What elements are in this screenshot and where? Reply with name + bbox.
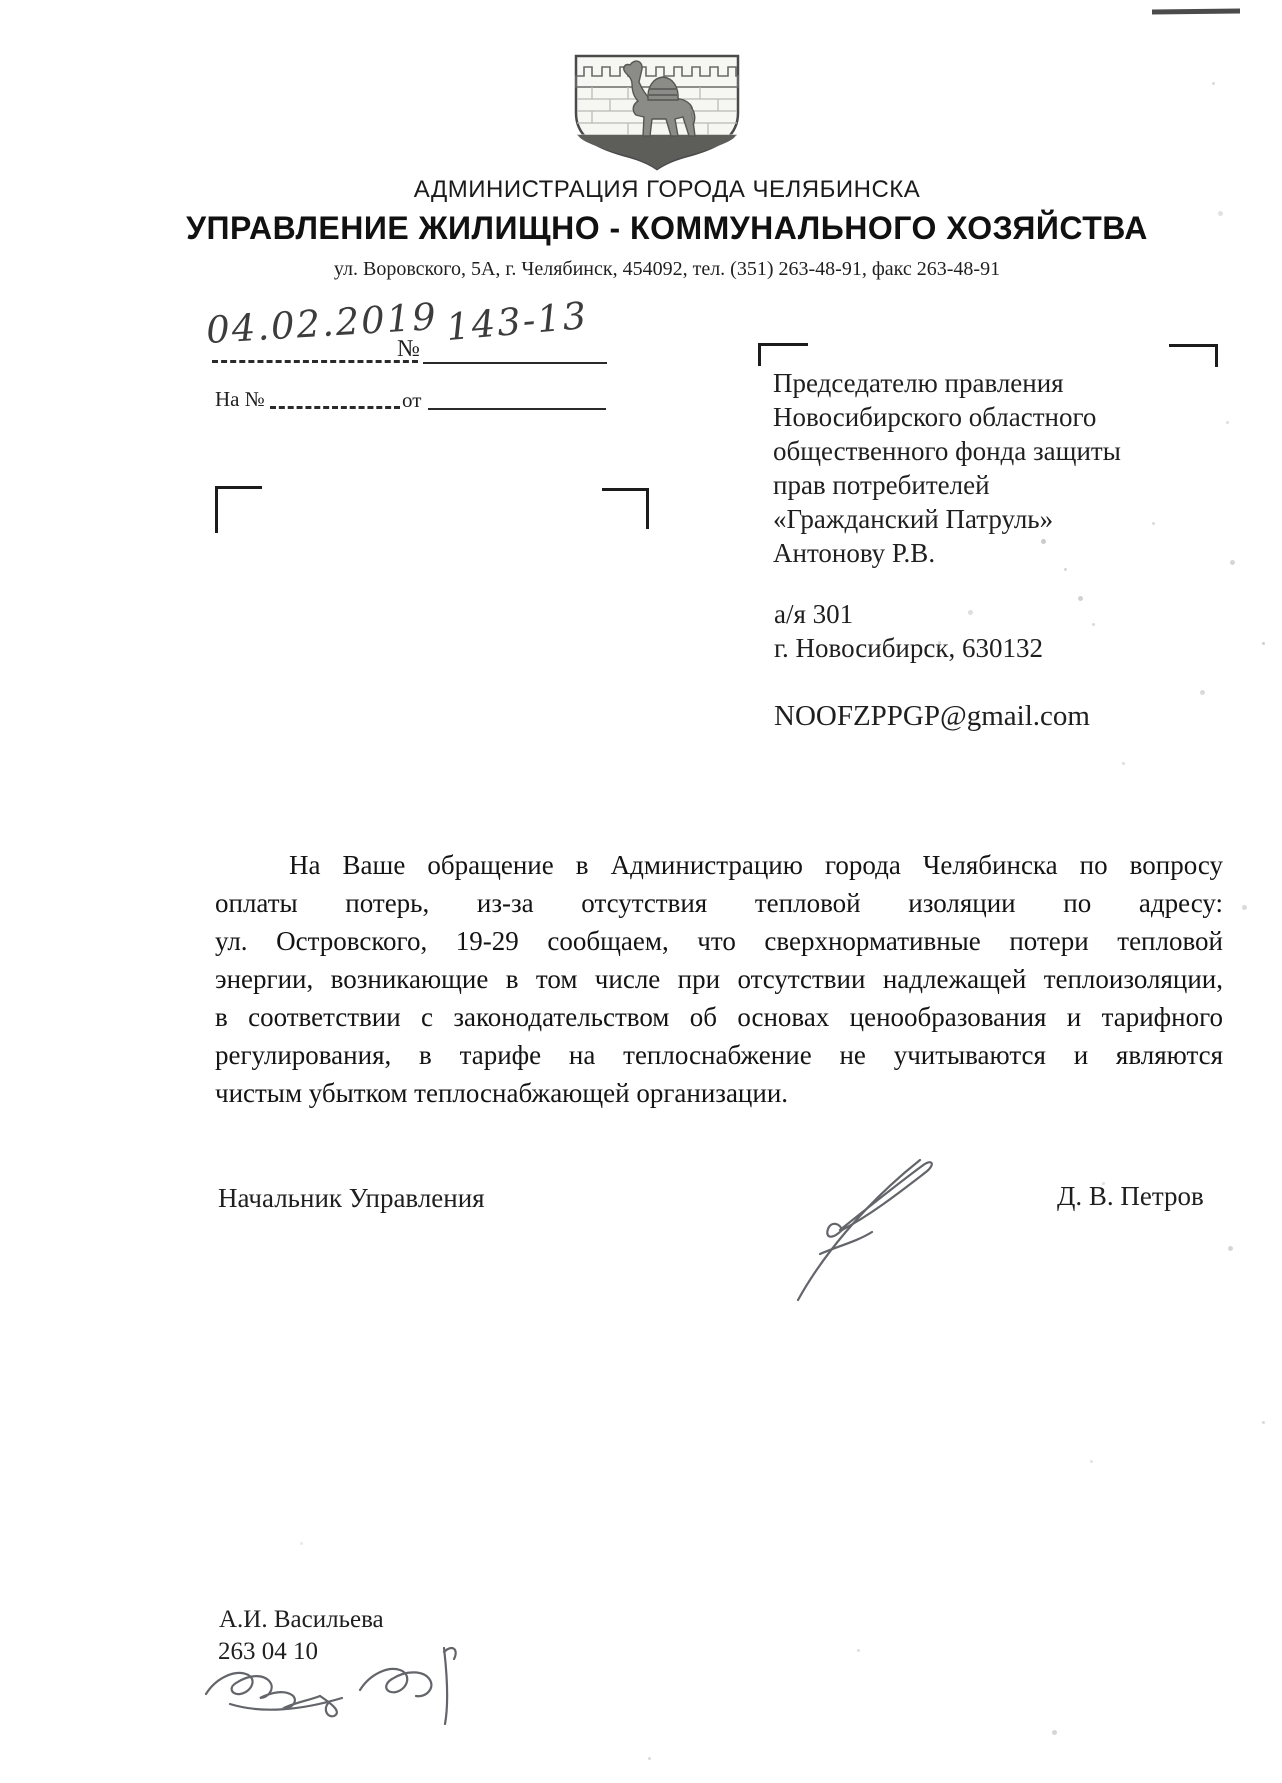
body-line: На Ваше обращение в Администрацию города… (215, 846, 1223, 884)
body-line: энергии, возникающие в том числе при отс… (215, 960, 1223, 998)
signature-stroke (780, 1150, 940, 1315)
signer-position: Начальник Управления (218, 1183, 485, 1214)
recipient-line: общественного фонда защиты (773, 434, 1121, 468)
recipient-email: NOOFZPPGP@gmail.com (774, 700, 1090, 733)
coat-of-arms-icon (568, 50, 746, 174)
scanned-letter-page: АДМИНИСТРАЦИЯ ГОРОДА ЧЕЛЯБИНСКА УПРАВЛЕН… (0, 0, 1282, 1783)
executor-signature-stroke (200, 1652, 360, 1722)
corner-mark (215, 486, 262, 533)
recipient-line: Антонову Р.В. (773, 536, 1121, 570)
signer-name: Д. В. Петров (1057, 1181, 1204, 1212)
department-title: УПРАВЛЕНИЕ ЖИЛИЩНО - КОММУНАЛЬНОГО ХОЗЯЙ… (117, 210, 1217, 247)
incoming-from-label: от (402, 388, 421, 413)
city-line: г. Новосибирск, 630132 (774, 631, 1043, 665)
body-line: чистым убытком теплоснабжающей организац… (215, 1074, 1223, 1112)
body-line: ул. Островского, 19-29 сообщаем, что све… (215, 922, 1223, 960)
executor-name: А.И. Васильева (219, 1606, 384, 1634)
body-line: регулирования, в тарифе на теплоснабжени… (215, 1036, 1223, 1074)
recipient-block: Председателю правления Новосибирского об… (773, 366, 1121, 570)
corner-mark (1169, 344, 1218, 367)
incoming-label: На № (215, 387, 265, 412)
recipient-line: Председателю правления (773, 366, 1121, 400)
recipient-line: «Гражданский Патруль» (773, 502, 1121, 536)
fill-in-line (423, 362, 607, 364)
scan-noise (0, 0, 3, 3)
po-box-line: а/я 301 (774, 597, 1043, 631)
body-line: оплаты потерь, из-за отсутствия тепловой… (215, 884, 1223, 922)
administration-line: АДМИНИСТРАЦИЯ ГОРОДА ЧЕЛЯБИНСКА (167, 176, 1167, 204)
scan-artifact (1152, 9, 1240, 15)
number-sign: № (397, 336, 420, 363)
fill-in-line (270, 406, 400, 409)
contacts-line: ул. Воровского, 5А, г. Челябинск, 454092… (167, 258, 1167, 281)
corner-mark (602, 488, 649, 529)
recipient-line: Новосибирского областного (773, 400, 1121, 434)
body-line: в соответствии с законодательством об ос… (215, 998, 1223, 1036)
outgoing-number-handwritten: 143-13 (444, 294, 589, 349)
fill-in-line (212, 360, 418, 363)
letter-body: На Ваше обращение в Администрацию города… (215, 846, 1223, 1112)
recipient-line: прав потребителей (773, 468, 1121, 502)
corner-mark (758, 343, 808, 366)
fill-in-line (428, 408, 606, 410)
executor-signature-stroke (352, 1640, 462, 1730)
recipient-postal-address: а/я 301 г. Новосибирск, 630132 (774, 597, 1043, 665)
